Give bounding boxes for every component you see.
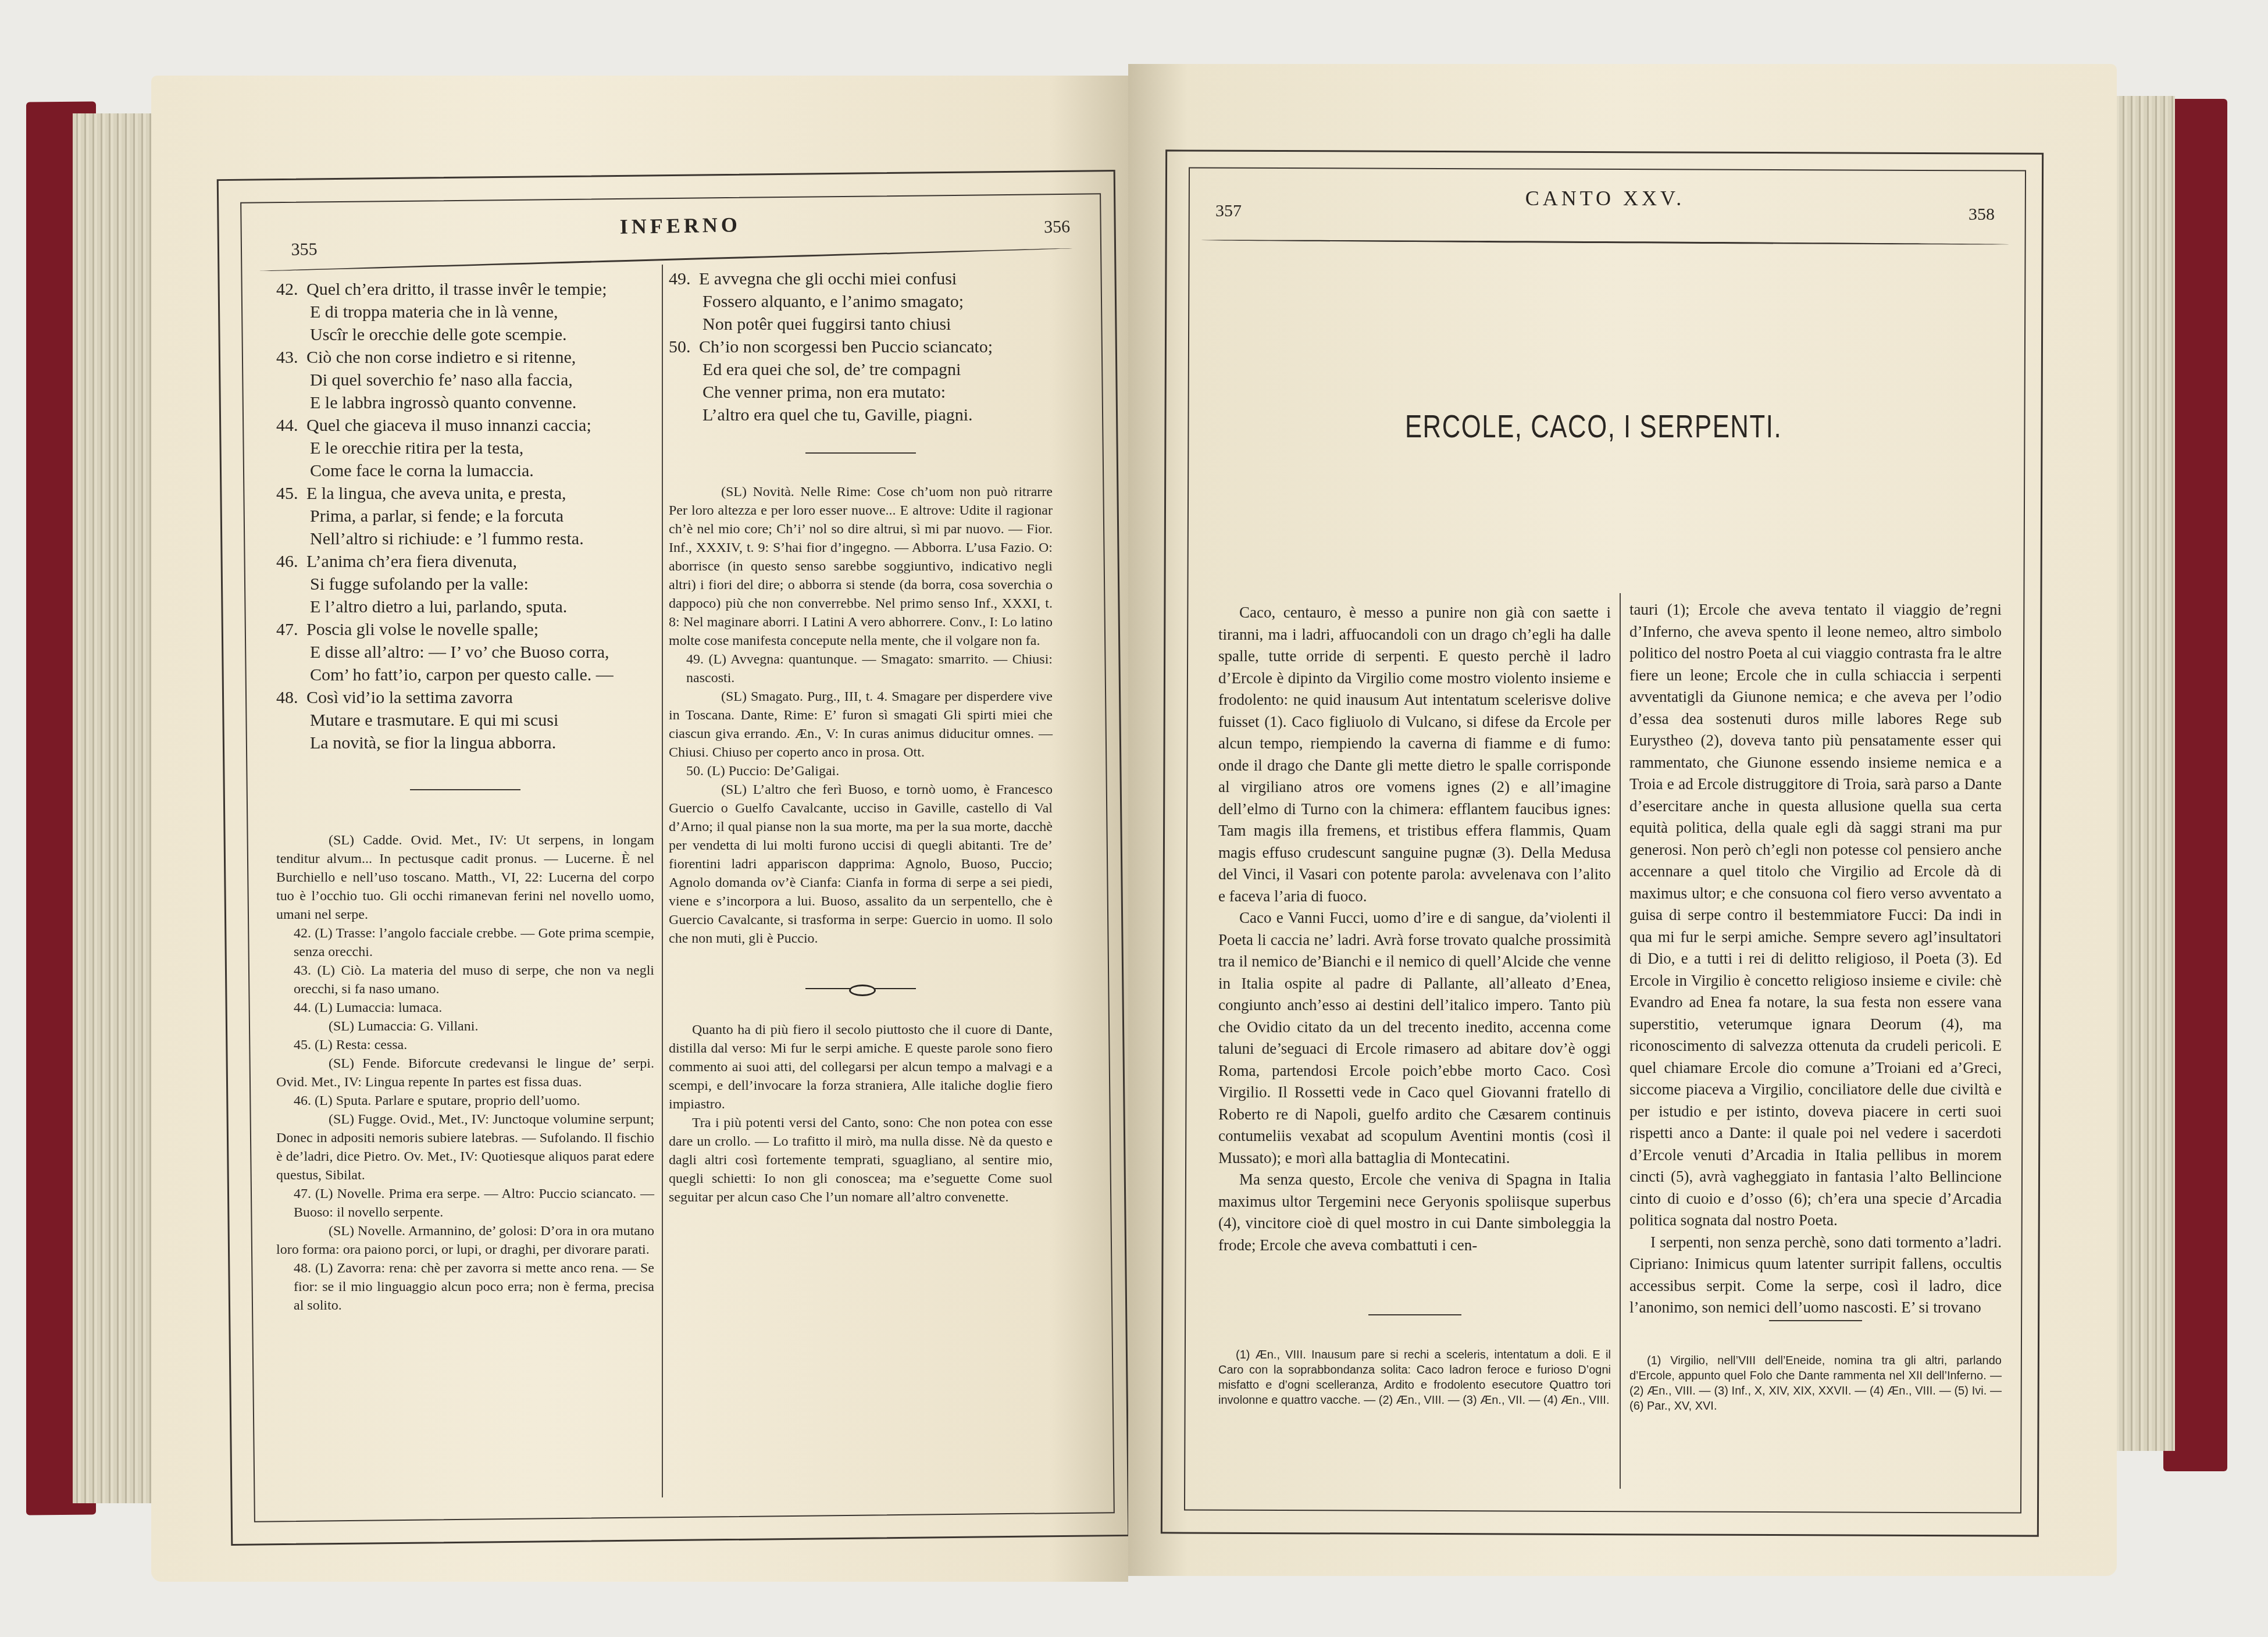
commentary-notes: (SL) Cadde. Ovid. Met., IV: Ut serpens, … <box>276 831 654 1315</box>
verse-line: E l’altro dietro a lui, parlando, sputa. <box>276 595 654 618</box>
verse-text: Di quel soverchio fe’ naso alla faccia, <box>310 370 573 390</box>
verse-line: Si fugge sufolando per la valle: <box>276 573 654 595</box>
footnote-block-1: (1) Æn., VIII. Inausum pare si rechi a s… <box>1218 1314 1611 1408</box>
tercet-number: 42. <box>276 278 306 301</box>
verse-text: Ch’io non scorgessi ben Puccio sciancato… <box>699 337 993 356</box>
running-title: CANTO XXV. <box>1525 186 1685 211</box>
verse-text: Ciò che non corse indietro e si ritenne, <box>306 348 576 367</box>
verse-line: 46.L’anima ch’era fiera divenuta, <box>276 550 654 573</box>
footnotes: (1) Virgilio, nell’VIII dell’Eneide, nom… <box>1629 1353 2002 1414</box>
footnote-text: (1) Æn., VIII. Inausum pare si rechi a s… <box>1218 1347 1611 1408</box>
verse-line: Prima, a parlar, si fende; e la forcuta <box>276 505 654 527</box>
paragraph: (SL) Smagato. Purg., III, t. 4. Smagare … <box>669 687 1053 762</box>
tercet-number: 43. <box>276 346 306 369</box>
commentary-notes: (SL) Novità. Nelle Rime: Cose ch’uom non… <box>669 483 1053 948</box>
paragraph: 43. (L) Ciò. La materia del muso di serp… <box>276 961 654 998</box>
tercet-number: 45. <box>276 482 306 505</box>
tercet-number: 48. <box>276 686 306 709</box>
paragraph: 46. (L) Sputa. Parlare e sputare, propri… <box>276 1092 654 1110</box>
paragraph: (SL) Novità. Nelle Rime: Cose ch’uom non… <box>669 483 1053 650</box>
verse-line: 45.E la lingua, che aveva unita, e prest… <box>276 482 654 505</box>
left-column: 42.Quel ch’era dritto, il trasse invêr l… <box>276 278 654 1315</box>
verse-line: 44.Quel che giaceva il muso innanzi cacc… <box>276 414 654 437</box>
verse-line: 42.Quel ch’era dritto, il trasse invêr l… <box>276 278 654 301</box>
verse-text: E le orecchie ritira per la testa, <box>310 438 523 458</box>
verse-line: Che venner prima, non era mutato: <box>669 381 1053 404</box>
verse-text: Che venner prima, non era mutato: <box>702 383 946 402</box>
essay-column-2: tauri (1); Ercole che aveva tentato il v… <box>1629 599 2002 1319</box>
verse-text: E di troppa materia che in là venne, <box>310 302 558 322</box>
verse-block: 49.E avvegna che gli occhi miei confusiF… <box>669 268 1053 426</box>
verse-text: Com’ ho fatt’io, carpon per questo calle… <box>310 665 614 684</box>
paragraph: Caco e Vanni Fucci, uomo d’ire e di sang… <box>1218 907 1611 1169</box>
verse-line: 47.Poscia gli volse le novelle spalle; <box>276 618 654 641</box>
verse-line: 48.Così vid’io la settima zavorra <box>276 686 654 709</box>
chapter-title: ERCOLE, CACO, I SERPENTI. <box>1344 407 1843 445</box>
verse-line: 49.E avvegna che gli occhi miei confusi <box>669 268 1053 290</box>
verse-text: Nell’altro si richiude: e ’l fummo resta… <box>310 529 584 548</box>
verse-line: Com’ ho fatt’io, carpon per questo calle… <box>276 664 654 686</box>
verse-line: Come face le corna la lumaccia. <box>276 459 654 482</box>
verse-line: Nell’altro si richiude: e ’l fummo resta… <box>276 527 654 550</box>
paragraph: (SL) L’altro che ferì Buoso, e tornò uom… <box>669 780 1053 948</box>
column-divider <box>662 265 663 1497</box>
tercet-number: 50. <box>669 336 699 358</box>
verse-text: L’anima ch’era fiera divenuta, <box>306 552 517 571</box>
verse-line: La novità, se fior la lingua abborra. <box>276 732 654 754</box>
tercet-number: 44. <box>276 414 306 437</box>
paragraph: Tra i più potenti versi del Canto, sono:… <box>669 1114 1053 1207</box>
verse-text: Prima, a parlar, si fende; e la forcuta <box>310 507 564 526</box>
column-divider <box>1620 593 1621 1489</box>
tercet-number: 46. <box>276 550 306 573</box>
tercet-number: 47. <box>276 618 306 641</box>
verse-text: Poscia gli volse le novelle spalle; <box>306 620 539 639</box>
paragraph: (SL) Fugge. Ovid., Met., IV: Junctoque v… <box>276 1110 654 1185</box>
running-head: 357 CANTO XXV. 358 <box>1215 186 1995 233</box>
verse-text: La novità, se fior la lingua abborra. <box>310 733 556 752</box>
paragraph: 49. (L) Avvegna: quantunque. — Smagato: … <box>669 650 1053 687</box>
verse-text: E le labbra ingrossò quanto convenne. <box>310 393 576 412</box>
verse-text: Quel ch’era dritto, il trasse invêr le t… <box>306 280 607 299</box>
verse-line: Mutare e trasmutare. E qui mi scusi <box>276 709 654 732</box>
paragraph: 42. (L) Trasse: l’angolo facciale crebbe… <box>276 924 654 961</box>
footnotes: (1) Æn., VIII. Inausum pare si rechi a s… <box>1218 1347 1611 1408</box>
verse-line: 43.Ciò che non corse indietro e si riten… <box>276 346 654 369</box>
verse-text: Mutare e trasmutare. E qui mi scusi <box>310 711 558 730</box>
verse-block: 42.Quel ch’era dritto, il trasse invêr l… <box>276 278 654 754</box>
paragraph: 45. (L) Resta: cessa. <box>276 1036 654 1054</box>
paragraph: tauri (1); Ercole che aveva tentato il v… <box>1629 599 2002 1232</box>
left-page: 355 INFERNO 356 42.Quel ch’era dritto, i… <box>151 76 1128 1582</box>
essay-column-1: Caco, centauro, è messo a punire non già… <box>1218 602 1611 1256</box>
page-number: 357 <box>1215 201 1242 221</box>
tercet-number: 49. <box>669 268 699 290</box>
verse-text: Non potêr quei fuggirsi tanto chiusi <box>702 315 951 334</box>
verse-line: E le orecchie ritira per la testa, <box>276 437 654 459</box>
verse-line: E le labbra ingrossò quanto convenne. <box>276 391 654 414</box>
paragraph: 47. (L) Novelle. Prima era serpe. — Altr… <box>276 1185 654 1222</box>
verse-line: E disse all’altro: — I’ vo’ che Buoso co… <box>276 641 654 664</box>
verse-line: Di quel soverchio fe’ naso alla faccia, <box>276 369 654 391</box>
footnote-text: (1) Virgilio, nell’VIII dell’Eneide, nom… <box>1629 1353 2002 1414</box>
verse-line: Fossero alquanto, e l’animo smagato; <box>669 290 1053 313</box>
verse-text: Come face le corna la lumaccia. <box>310 461 534 480</box>
paragraph: Quanto ha di più fiero il secolo piuttos… <box>669 1021 1053 1114</box>
paragraph: Caco, centauro, è messo a punire non già… <box>1218 602 1611 907</box>
verse-text: E disse all’altro: — I’ vo’ che Buoso co… <box>310 643 609 662</box>
verse-text: Quel che giaceva il muso innanzi caccia; <box>306 416 591 435</box>
verse-line: Non potêr quei fuggirsi tanto chiusi <box>669 313 1053 336</box>
verse-line: E di troppa materia che in là venne, <box>276 301 654 323</box>
right-column: 49.E avvegna che gli occhi miei confusiF… <box>669 268 1053 1207</box>
paragraph: (SL) Novelle. Armannino, de’ golosi: D’o… <box>276 1222 654 1259</box>
footnote-block-2: (1) Virgilio, nell’VIII dell’Eneide, nom… <box>1629 1320 2002 1414</box>
verse-text: E la lingua, che aveva unita, e presta, <box>306 484 566 503</box>
paragraph: 48. (L) Zavorra: rena: chè per zavorra s… <box>276 1259 654 1315</box>
paragraph: 50. (L) Puccio: De’Galigai. <box>669 762 1053 780</box>
page-number: 356 <box>1044 217 1071 237</box>
verse-text: L’altro era quel che tu, Gaville, piagni… <box>702 405 973 425</box>
verse-line: Ed era quei che sol, de’ tre compagni <box>669 358 1053 381</box>
paragraph: (SL) Cadde. Ovid. Met., IV: Ut serpens, … <box>276 831 654 924</box>
page-edges-right <box>2111 96 2175 1451</box>
paragraph: (SL) Fende. Biforcute credevansi le ling… <box>276 1054 654 1092</box>
right-page: 357 CANTO XXV. 358 ERCOLE, CACO, I SERPE… <box>1128 64 2117 1576</box>
paragraph: Ma senza questo, Ercole che veniva di Sp… <box>1218 1169 1611 1256</box>
running-title: INFERNO <box>620 212 741 239</box>
page-number: 358 <box>1969 205 1995 224</box>
commentary-essay: Quanto ha di più fiero il secolo piuttos… <box>669 1021 1053 1207</box>
verse-line: Uscîr le orecchie delle gote scempie. <box>276 323 654 346</box>
verse-text: E l’altro dietro a lui, parlando, sputa. <box>310 597 567 616</box>
paragraph: (SL) Lumaccia: G. Villani. <box>276 1017 654 1036</box>
verse-text: Uscîr le orecchie delle gote scempie. <box>310 325 566 344</box>
verse-text: Si fugge sufolando per la valle: <box>310 575 529 594</box>
verse-text: Ed era quei che sol, de’ tre compagni <box>702 360 961 379</box>
paragraph: I serpenti, non senza perchè, sono dati … <box>1629 1232 2002 1319</box>
ornament-divider <box>805 983 916 994</box>
verse-line: 50.Ch’io non scorgessi ben Puccio scianc… <box>669 336 1053 358</box>
verse-text: Fossero alquanto, e l’animo smagato; <box>702 292 964 311</box>
verse-text: E avvegna che gli occhi miei confusi <box>699 269 957 288</box>
verse-line: L’altro era quel che tu, Gaville, piagni… <box>669 404 1053 426</box>
verse-text: Così vid’io la settima zavorra <box>306 688 513 707</box>
paragraph: 44. (L) Lumaccia: lumaca. <box>276 998 654 1017</box>
page-number: 355 <box>291 240 318 260</box>
